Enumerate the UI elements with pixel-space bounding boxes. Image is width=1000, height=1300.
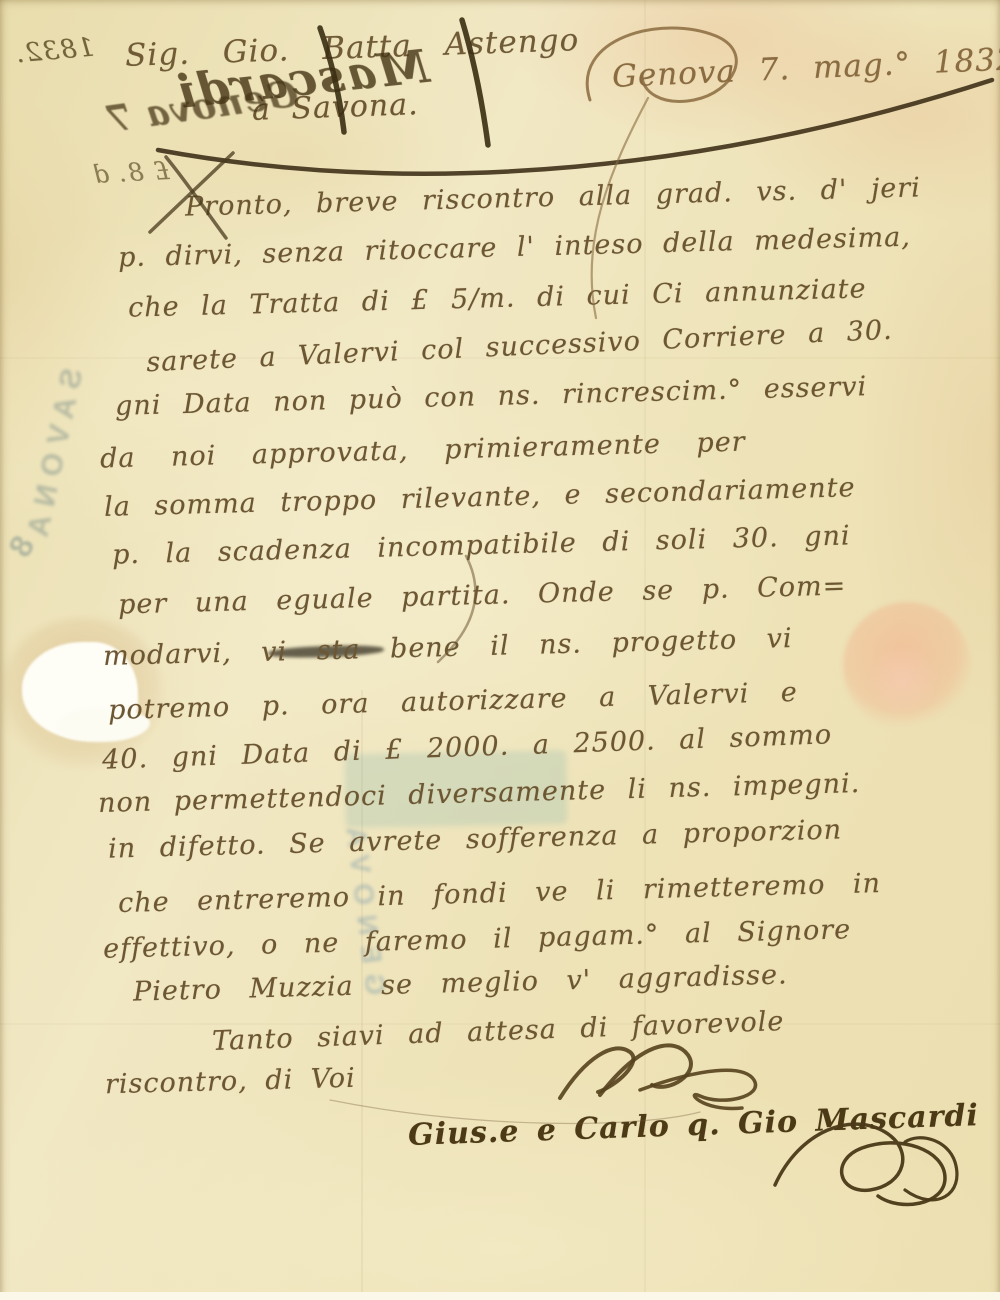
body-line: la somma troppo rilevante, e secondariam… — [104, 472, 856, 523]
scan-edge — [0, 1292, 1000, 1300]
body-line: effettivo, o ne faremo il pagam.° al Sig… — [103, 914, 852, 965]
body-line: per una eguale partita. Onde se p. Com= — [118, 570, 847, 620]
body-line: potremo p. ora autorizzare a Valervi e — [108, 677, 798, 726]
body-line: p. la scadenza incompatibile di soli 30.… — [112, 520, 851, 570]
body-line: che entreremo in fondi ve li rimetteremo… — [118, 868, 882, 919]
body-line: non permettendoci diversamente li ns. im… — [98, 768, 861, 819]
body-line: Tanto siavi ad attesa di favorevole — [212, 1006, 785, 1057]
wax-seal-stain-core — [868, 640, 938, 718]
body-line: riscontro, di Voi — [105, 1063, 356, 1101]
body-line: che la Tratta di £ 5/m. di cui Ci annunz… — [128, 273, 867, 323]
body-line: gni Data non può con ns. rincrescim.° es… — [115, 371, 868, 422]
body-line: sarete a Valervi col successivo Corriere… — [146, 315, 894, 379]
body-line: da noi approvata, primieramente per — [100, 427, 746, 475]
body-line: 40. gni Data di £ 2000. a 2500. al sommo — [102, 719, 833, 775]
postmark-savona-number: 8 — [0, 520, 48, 573]
bleedthrough-year: 1832. — [14, 33, 96, 70]
body-line: modarvi, vi sta bene il ns. progetto vi — [103, 623, 793, 672]
dateline: Genova 7. mag.° 1832 — [611, 41, 1000, 95]
body-line: Pronto, breve riscontro alla grad. vs. d… — [185, 172, 922, 222]
postmark-savona: SAVONA — [16, 346, 95, 568]
signature: Gius.e e Carlo q. Gio Mascardi — [408, 1098, 980, 1153]
wax-seal-stain — [843, 602, 971, 730]
body-line: in difetto. Se avrete sofferenza a propo… — [108, 814, 843, 864]
body-line: p. dirvi, senza ritoccare l' inteso dell… — [118, 222, 911, 274]
bleedthrough-rate: £ 8. d — [91, 156, 170, 189]
letter-page: SAVONA 8 GENOVA 1832. Sig. Gio. Batta As… — [0, 0, 1000, 1300]
body-line: Pietro Muzzia se meglio v' aggradisse. — [133, 959, 788, 1007]
